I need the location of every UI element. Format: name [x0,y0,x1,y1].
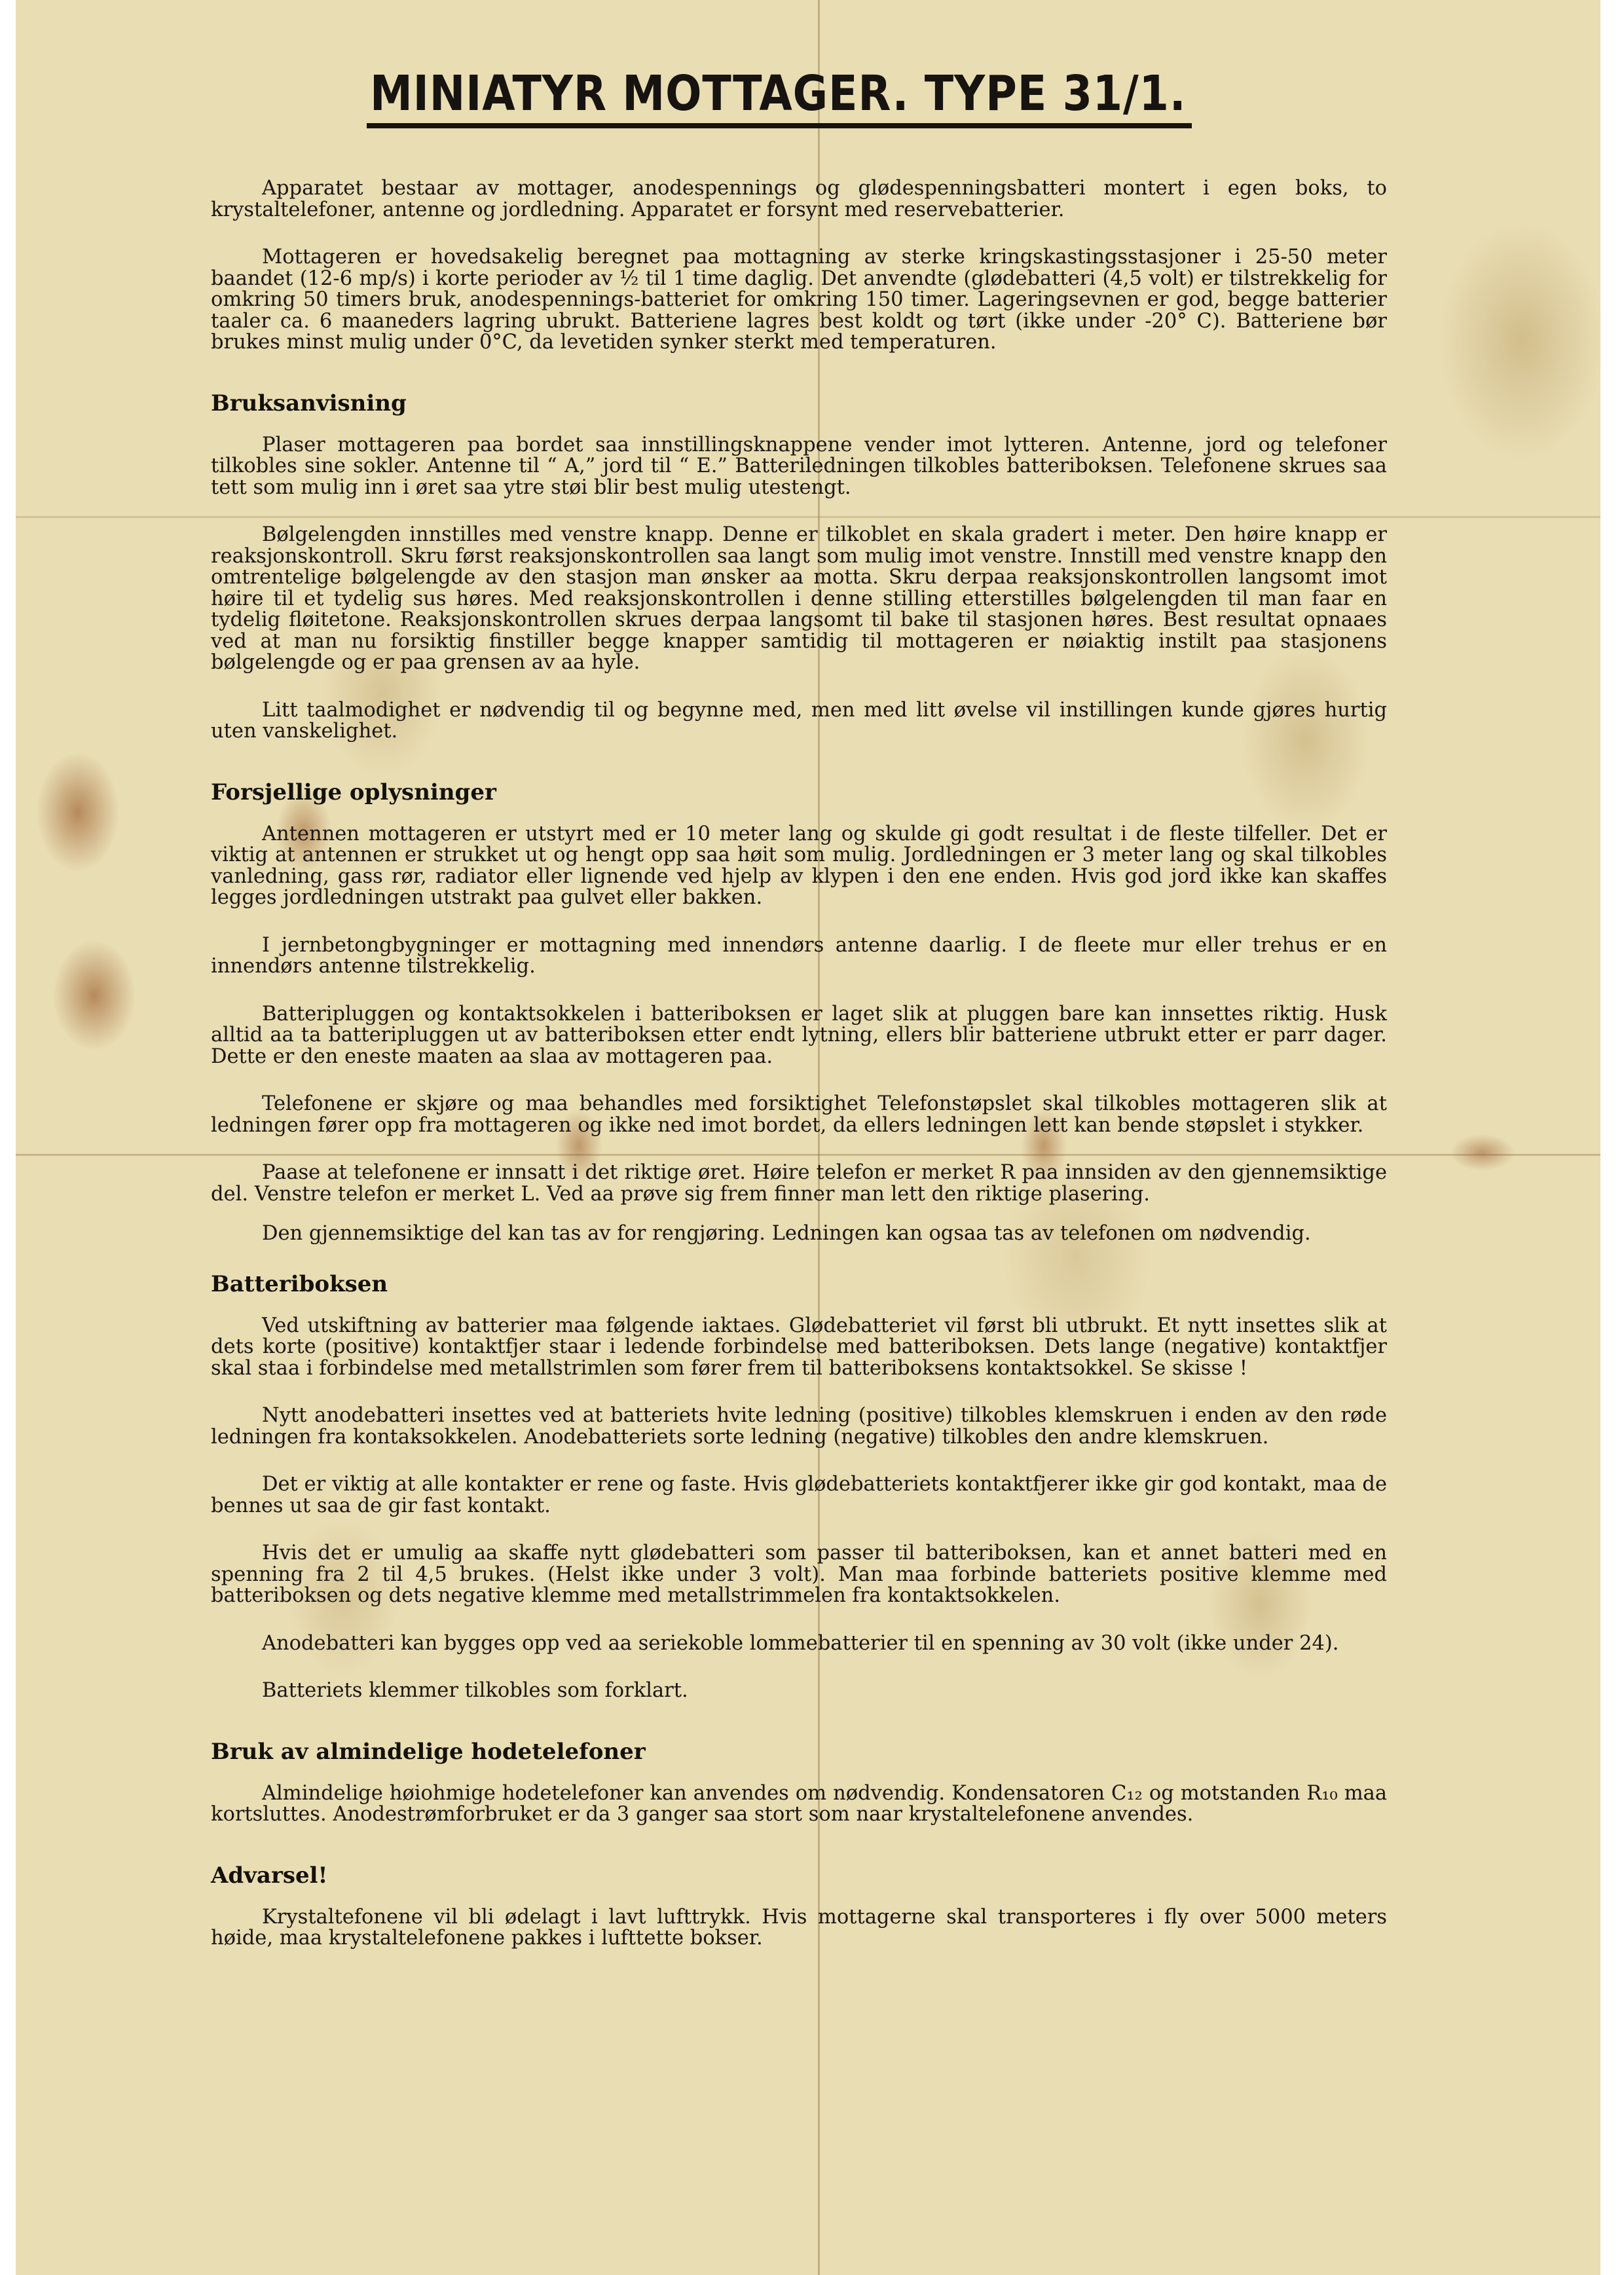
paragraph: Nytt anodebatteri insettes ved at batter… [211,1405,1387,1448]
paragraph: Bølgelengden innstilles med venstre knap… [211,525,1387,674]
paragraph: Antennen mottageren er utstyrt med er 10… [211,824,1387,909]
paragraph: Batteriets klemmer tilkobles som forklar… [211,1680,1387,1702]
paragraph: Ved utskiftning av batterier maa følgend… [211,1316,1387,1380]
section-heading-advarsel: Advarsel! [211,1862,1387,1889]
section-heading-bruksanvisning: Bruksanvisning [211,390,1387,416]
intro-paragraph: Mottageren er hovedsakelig beregnet paa … [211,247,1387,354]
paragraph: Den gjennemsiktige del kan tas av for re… [211,1223,1387,1245]
title-underline [367,123,1192,128]
paragraph: Batteripluggen og kontaktsokkelen i batt… [211,1004,1387,1068]
section-heading-batteriboksen: Batteriboksen [211,1271,1387,1297]
intro-paragraph: Apparatet bestaar av mottager, anodespen… [211,178,1387,221]
document-body: Apparatet bestaar av mottager, anodespen… [211,178,1387,1950]
paragraph: Krystaltefonene vil bli ødelagt i lavt l… [211,1907,1387,1950]
paragraph: I jernbetongbygninger er mottagning med … [211,935,1387,978]
paragraph: Plaser mottageren paa bordet saa innstil… [211,435,1387,499]
paragraph: Litt taalmodighet er nødvendig til og be… [211,700,1387,743]
paragraph: Det er viktig at alle kontakter er rene … [211,1474,1387,1517]
paragraph: Almindelige høiohmige hodetelefoner kan … [211,1783,1387,1826]
paragraph: Hvis det er umulig aa skaffe nytt glødeb… [211,1543,1387,1607]
section-heading-hodetelefoner: Bruk av almindelige hodetelefoner [211,1739,1387,1765]
paragraph: Anodebatteri kan bygges opp ved aa serie… [211,1633,1387,1655]
section-heading-forsjellige-oplysninger: Forsjellige oplysninger [211,779,1387,805]
document-title: MINIATYR MOTTAGER. TYPE 31/1. [370,65,1096,122]
paragraph: Telefonene er skjøre og maa behandles me… [211,1094,1387,1136]
paragraph: Paase at telefonene er innsatt i det rik… [211,1162,1387,1205]
